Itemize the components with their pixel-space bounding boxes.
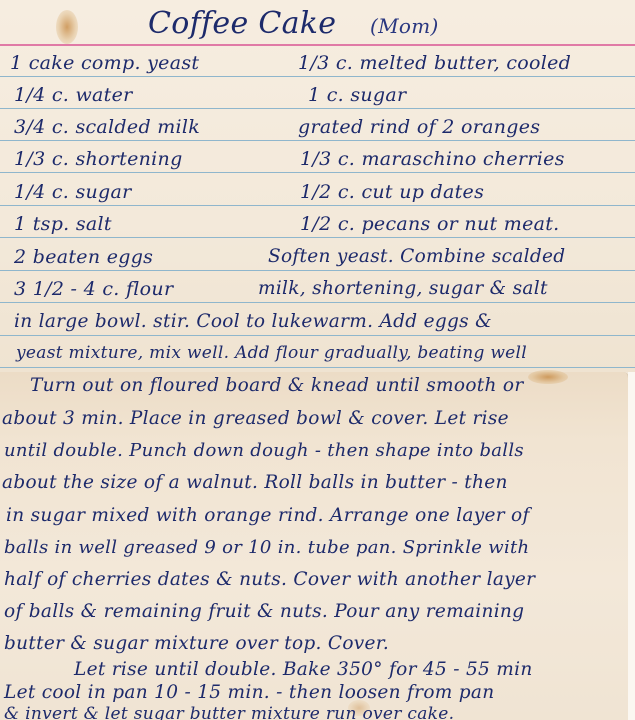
direction-line: Turn out on floured board & knead until … bbox=[30, 375, 523, 396]
ingredient-item: 3/4 c. scalded milk bbox=[14, 116, 200, 138]
ingredient-item: 1 c. sugar bbox=[308, 84, 406, 106]
direction-line: Let cool in pan 10 - 15 min. - then loos… bbox=[4, 682, 494, 703]
background-edge bbox=[628, 372, 635, 720]
ingredient-item: 3 1/2 - 4 c. flour bbox=[14, 278, 173, 300]
direction-line: in sugar mixed with orange rind. Arrange… bbox=[6, 505, 530, 526]
header-rule bbox=[0, 44, 635, 46]
direction-line: about 3 min. Place in greased bowl & cov… bbox=[2, 408, 509, 429]
direction-line: & invert & let sugar butter mixture run … bbox=[4, 704, 454, 720]
ingredient-item: 1/3 c. melted butter, cooled bbox=[298, 52, 571, 74]
direction-line: Let rise until double. Bake 350° for 45 … bbox=[74, 659, 533, 680]
direction-line: in large bowl. stir. Cool to lukewarm. A… bbox=[14, 311, 492, 332]
direction-line: until double. Punch down dough - then sh… bbox=[4, 440, 524, 461]
recipe-title: Coffee Cake bbox=[148, 6, 336, 41]
direction-line: half of cherries dates & nuts. Cover wit… bbox=[4, 569, 535, 590]
ruled-line bbox=[0, 302, 635, 303]
ruled-line bbox=[0, 76, 635, 77]
direction-line: yeast mixture, mix well. Add flour gradu… bbox=[16, 343, 527, 363]
direction-line: balls in well greased 9 or 10 in. tube p… bbox=[4, 537, 529, 558]
recipe-attribution: (Mom) bbox=[370, 14, 439, 38]
stain-top-left bbox=[56, 10, 78, 44]
direction-line: milk, shortening, sugar & salt bbox=[258, 278, 548, 299]
ingredient-item: 1/4 c. water bbox=[14, 84, 133, 106]
ingredient-item: grated rind of 2 oranges bbox=[298, 116, 540, 138]
ruled-line bbox=[0, 270, 635, 271]
direction-line: about the size of a walnut. Roll balls i… bbox=[2, 472, 508, 493]
ruled-line bbox=[0, 237, 635, 238]
ingredient-item: 1 tsp. salt bbox=[14, 213, 112, 235]
ruled-line bbox=[0, 172, 635, 173]
ruled-line bbox=[0, 108, 635, 109]
ruled-line bbox=[0, 140, 635, 141]
ingredient-item: 1/3 c. maraschino cherries bbox=[300, 148, 565, 170]
direction-line: Soften yeast. Combine scalded bbox=[268, 246, 565, 267]
ingredient-item: 1/2 c. cut up dates bbox=[300, 181, 484, 203]
direction-line: of balls & remaining fruit & nuts. Pour … bbox=[4, 601, 524, 622]
ruled-line bbox=[0, 335, 635, 336]
ruled-line bbox=[0, 367, 635, 368]
ingredient-item: 1/3 c. shortening bbox=[14, 148, 183, 170]
ingredient-item: 2 beaten eggs bbox=[14, 246, 153, 268]
ruled-line bbox=[0, 205, 635, 206]
stain-right bbox=[528, 370, 568, 384]
ingredient-item: 1/2 c. pecans or nut meat. bbox=[300, 213, 560, 235]
ingredient-item: 1 cake comp. yeast bbox=[10, 52, 199, 74]
ingredient-item: 1/4 c. sugar bbox=[14, 181, 132, 203]
direction-line: butter & sugar mixture over top. Cover. bbox=[4, 633, 389, 654]
